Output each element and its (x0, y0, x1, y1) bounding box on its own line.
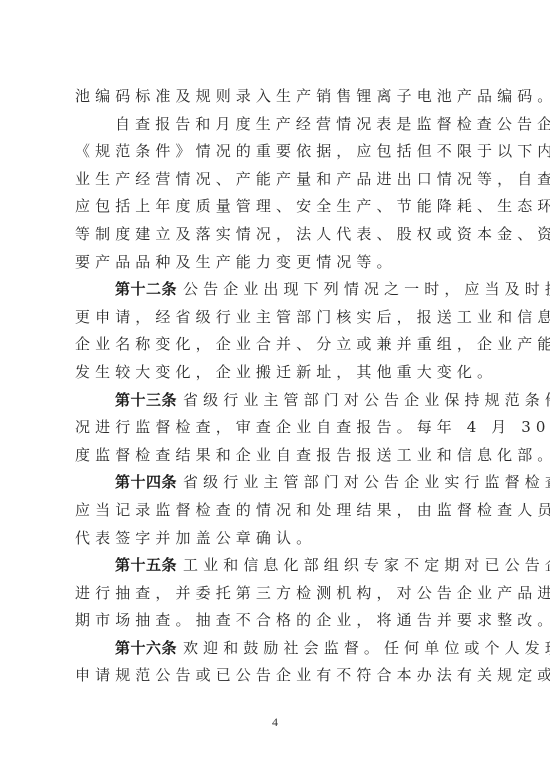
line-text: 企业名称变化，企业合并、分立或兼并重组，企业产能、产线 (75, 335, 550, 353)
line-text: 省级行业主管部门对公告企业实行监督检查时， (183, 473, 550, 491)
article-15-line: 第十五条工业和信息化部组织专家不定期对已公告企业 (75, 552, 479, 580)
document-page: 池编码标准及规则录入生产销售锂离子电池产品编码。 自查报告和月度生产经营情况表是… (0, 0, 550, 777)
text-line: 《规范条件》情况的重要依据，应包括但不限于以下内容：企 (75, 138, 479, 166)
line-text: 应当记录监督检查的情况和处理结果，由监督检查人员和企业 (75, 501, 550, 519)
line-text: 代表签字并加盖公章确认。 (75, 529, 316, 547)
article-13-line: 第十三条省级行业主管部门对公告企业保持规范条件情 (75, 387, 479, 415)
text-line: 度监督检查结果和企业自查报告报送工业和信息化部。 (75, 442, 479, 470)
text-line: 池编码标准及规则录入生产销售锂离子电池产品编码。 (75, 83, 479, 111)
article-label: 第十四条 (115, 473, 177, 491)
line-text: 况进行监督检查，审查企业自查报告。每年 4 月 30 日前将上年 (75, 418, 550, 436)
text-line: 应包括上年度质量管理、安全生产、节能降耗、生态环境保护 (75, 193, 479, 221)
article-label: 第十三条 (115, 391, 177, 409)
line-text: 公告企业出现下列情况之一时，应当及时提出变 (183, 280, 550, 298)
line-text: 度监督检查结果和企业自查报告报送工业和信息化部。 (75, 446, 550, 464)
line-text: 要产品品种及生产能力变更情况等。 (75, 253, 397, 271)
text-line: 进行抽查，并委托第三方检测机构，对公告企业产品进行不定 (75, 580, 479, 608)
line-text: 省级行业主管部门对公告企业保持规范条件情 (183, 391, 550, 409)
text-line: 业生产经营情况、产能产量和产品进出口情况等，自查报告还 (75, 166, 479, 194)
text-line: 况进行监督检查，审查企业自查报告。每年 4 月 30 日前将上年 (75, 414, 479, 442)
text-line: 企业名称变化，企业合并、分立或兼并重组，企业产能、产线 (75, 331, 479, 359)
line-text: 等制度建立及落实情况，法人代表、股权或资本金、资质、主 (75, 225, 550, 243)
line-text: 工业和信息化部组织专家不定期对已公告企业 (183, 556, 550, 574)
article-label: 第十二条 (115, 280, 177, 298)
line-text: 欢迎和鼓励社会监督。任何单位或个人发现正在 (183, 639, 550, 657)
article-label: 第十五条 (115, 556, 177, 574)
document-body: 池编码标准及规则录入生产销售锂离子电池产品编码。 自查报告和月度生产经营情况表是… (75, 83, 479, 690)
article-16-line: 第十六条欢迎和鼓励社会监督。任何单位或个人发现正在 (75, 635, 479, 663)
line-text: 发生较大变化，企业搬迁新址，其他重大变化。 (75, 363, 497, 381)
line-text: 申请规范公告或已公告企业有不符合本办法有关规定或《规范 (75, 666, 550, 684)
text-line: 等制度建立及落实情况，法人代表、股权或资本金、资质、主 (75, 221, 479, 249)
text-line: 应当记录监督检查的情况和处理结果，由监督检查人员和企业 (75, 497, 479, 525)
line-text: 业生产经营情况、产能产量和产品进出口情况等，自查报告还 (75, 170, 550, 188)
line-text: 更申请，经省级行业主管部门核实后，报送工业和信息化部： (75, 308, 550, 326)
page-number: 4 (0, 715, 550, 730)
text-line: 要产品品种及生产能力变更情况等。 (75, 249, 479, 277)
line-text: 应包括上年度质量管理、安全生产、节能降耗、生态环境保护 (75, 197, 550, 215)
article-label: 第十六条 (115, 639, 177, 657)
article-12-line: 第十二条公告企业出现下列情况之一时，应当及时提出变 (75, 276, 479, 304)
text-line: 发生较大变化，企业搬迁新址，其他重大变化。 (75, 359, 479, 387)
line-text: 期市场抽查。抽查不合格的企业，将通告并要求整改。 (75, 611, 550, 629)
line-text: 进行抽查，并委托第三方检测机构，对公告企业产品进行不定 (75, 584, 550, 602)
text-line: 期市场抽查。抽查不合格的企业，将通告并要求整改。 (75, 607, 479, 635)
article-14-line: 第十四条省级行业主管部门对公告企业实行监督检查时， (75, 469, 479, 497)
text-line: 自查报告和月度生产经营情况表是监督检查公告企业执行 (75, 111, 479, 139)
text-line: 更申请，经省级行业主管部门核实后，报送工业和信息化部： (75, 304, 479, 332)
text-line: 代表签字并加盖公章确认。 (75, 525, 479, 553)
text-line: 申请规范公告或已公告企业有不符合本办法有关规定或《规范 (75, 662, 479, 690)
line-text: 池编码标准及规则录入生产销售锂离子电池产品编码。 (75, 87, 550, 105)
line-text: 《规范条件》情况的重要依据，应包括但不限于以下内容：企 (75, 142, 550, 160)
line-text: 自查报告和月度生产经营情况表是监督检查公告企业执行 (115, 115, 550, 133)
